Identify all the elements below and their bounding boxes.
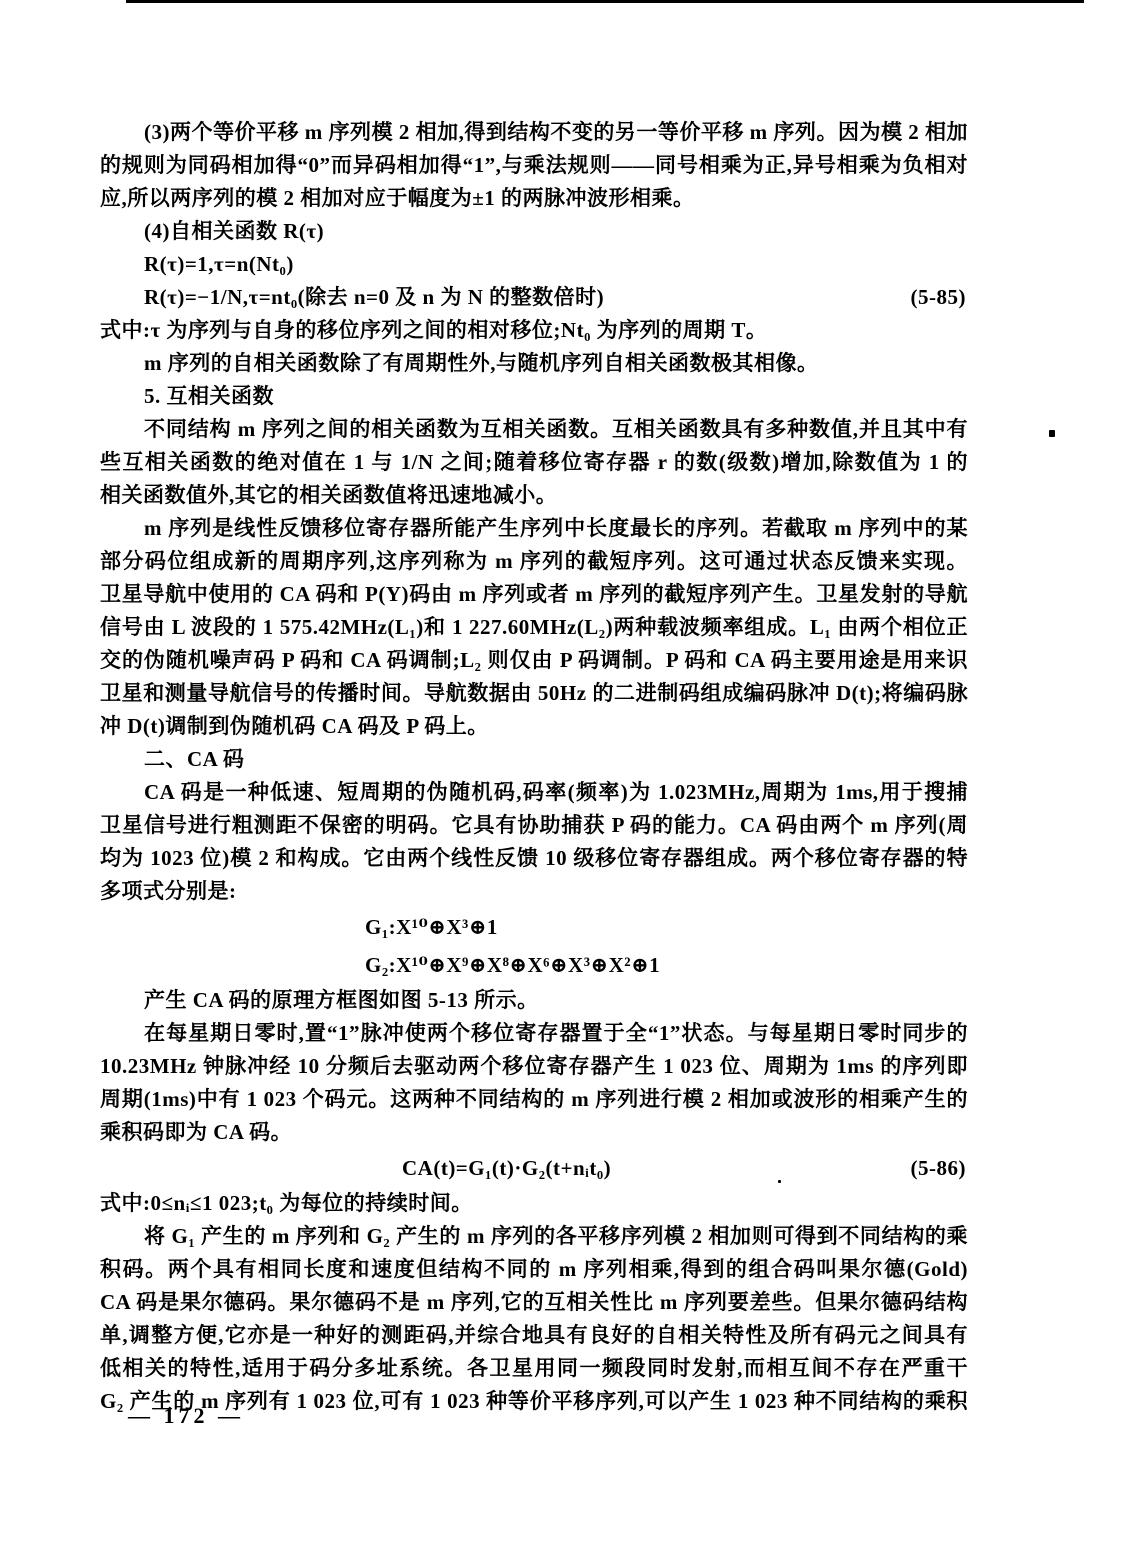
equation-number: (5-86)	[911, 1149, 966, 1187]
text-line: 些互相关函数的绝对值在 1 与 1/N 之间;随着移位寄存器 r 的数(级数)增…	[100, 446, 968, 479]
text-line: CA(t)=G₁(t)·G₂(t+nᵢt₀)(5-86)	[100, 1149, 968, 1187]
scan-artifact-top-line	[126, 0, 1084, 3]
page-number: — 172 —	[128, 1398, 244, 1434]
text-line: 乘积码即为 CA 码。	[100, 1116, 968, 1149]
text-line: 卫星信号进行粗测距不保密的明码。它具有协助捕获 P 码的能力。CA 码由两个 m…	[100, 809, 968, 842]
scanned-book-page: (3)两个等价平移 m 序列模 2 相加,得到结构不变的另一等价平移 m 序列。…	[0, 0, 1122, 1568]
text-line: 周期(1ms)中有 1 023 个码元。这两种不同结构的 m 序列进行模 2 相…	[100, 1083, 968, 1116]
text-line: 卫星导航中使用的 CA 码和 P(Y)码由 m 序列或者 m 序列的截短序列产生…	[100, 578, 968, 611]
text-line: (3)两个等价平移 m 序列模 2 相加,得到结构不变的另一等价平移 m 序列。…	[100, 116, 968, 149]
text-line: 均为 1023 位)模 2 和构成。它由两个线性反馈 10 级移位寄存器组成。两…	[100, 842, 968, 875]
text-line: 二、CA 码	[100, 743, 968, 776]
text-line: 产生 CA 码的原理方框图如图 5-13 所示。	[100, 984, 968, 1017]
text-line: m 序列是线性反馈移位寄存器所能产生序列中长度最长的序列。若截取 m 序列中的某…	[100, 512, 968, 545]
text-line: 多项式分别是:	[100, 875, 968, 908]
text-line: 5. 互相关函数	[100, 380, 968, 413]
text-line: 信号由 L 波段的 1 575.42MHz(L₁)和 1 227.60MHz(L…	[100, 611, 968, 644]
text-line: G₂:X¹⁰⊕X⁹⊕X⁸⊕X⁶⊕X³⊕X²⊕1	[100, 946, 968, 984]
text-line: 单,调整方便,它亦是一种好的测距码,并综合地具有良好的自相关特性及所有码元之间具…	[100, 1319, 968, 1352]
scan-speck	[1049, 430, 1055, 437]
text-line: 10.23MHz 钟脉冲经 10 分频后去驱动两个移位寄存器产生 1 023 位…	[100, 1050, 968, 1083]
text-line: G₁:X¹⁰⊕X³⊕1	[100, 908, 968, 946]
text-line: R(τ)=1,τ=n(Nt₀)	[100, 248, 968, 281]
text-line: 应,所以两序列的模 2 相加对应于幅度为±1 的两脉冲波形相乘。	[100, 182, 968, 215]
text-line: 低相关的特性,适用于码分多址系统。各卫星用同一频段同时发射,而相互间不存在严重干…	[100, 1352, 968, 1385]
text-line: 式中:τ 为序列与自身的移位序列之间的相对移位;Nt₀ 为序列的周期 T。	[100, 314, 968, 347]
text-block: (3)两个等价平移 m 序列模 2 相加,得到结构不变的另一等价平移 m 序列。…	[100, 116, 968, 1418]
text-line: 冲 D(t)调制到伪随机码 CA 码及 P 码上。	[100, 710, 968, 743]
text-line: CA 码是果尔德码。果尔德码不是 m 序列,它的互相关性比 m 序列要差些。但果…	[100, 1286, 968, 1319]
text-line: 不同结构 m 序列之间的相关函数为互相关函数。互相关函数具有多种数值,并且其中有	[100, 413, 968, 446]
text-line: R(τ)=−1/N,τ=nt₀(除去 n=0 及 n 为 N 的整数倍时)(5-…	[100, 281, 968, 314]
text-line: 交的伪随机噪声码 P 码和 CA 码调制;L₂ 则仅由 P 码调制。P 码和 C…	[100, 644, 968, 677]
text-line: 积码。两个具有相同长度和速度但结构不同的 m 序列相乘,得到的组合码叫果尔德(G…	[100, 1253, 968, 1286]
text-line: 相关函数值外,其它的相关函数值将迅速地减小。	[100, 479, 968, 512]
text-line: 部分码位组成新的周期序列,这序列称为 m 序列的截短序列。这可通过状态反馈来实现…	[100, 545, 968, 578]
text-line: 式中:0≤nᵢ≤1 023;t₀ 为每位的持续时间。	[100, 1187, 968, 1220]
text-line: CA 码是一种低速、短周期的伪随机码,码率(频率)为 1.023MHz,周期为 …	[100, 776, 968, 809]
text-line: (4)自相关函数 R(τ)	[100, 215, 968, 248]
text-line: 卫星和测量导航信号的传播时间。导航数据由 50Hz 的二进制码组成编码脉冲 D(…	[100, 677, 968, 710]
text-line: 将 G₁ 产生的 m 序列和 G₂ 产生的 m 序列的各平移序列模 2 相加则可…	[100, 1220, 968, 1253]
text-line: m 序列的自相关函数除了有周期性外,与随机序列自相关函数极其相像。	[100, 347, 968, 380]
text-line: 在每星期日零时,置“1”脉冲使两个移位寄存器置于全“1”状态。与每星期日零时同步…	[100, 1017, 968, 1050]
equation-number: (5-85)	[911, 281, 966, 314]
text-line: 的规则为同码相加得“0”而异码相加得“1”,与乘法规则——同号相乘为正,异号相乘…	[100, 149, 968, 182]
